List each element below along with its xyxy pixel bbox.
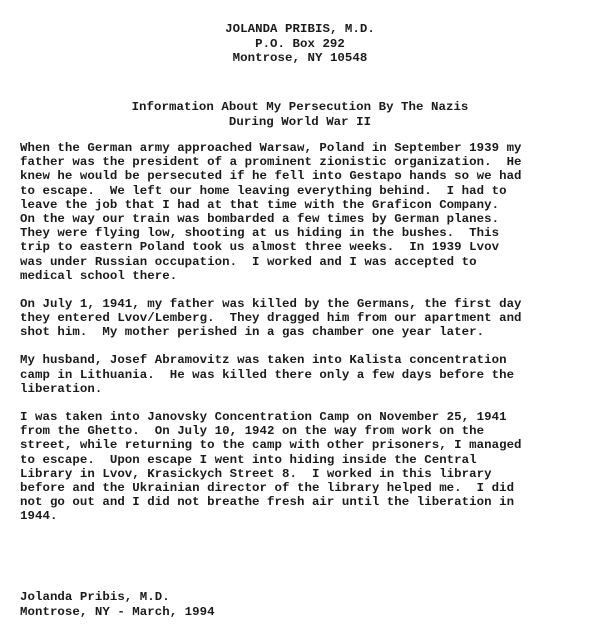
signature-place-date: Montrose, NY - March, 1994 xyxy=(20,605,215,620)
paragraph-line: shot him. My mother perished in a gas ch… xyxy=(20,325,595,339)
title-line2: During World War II xyxy=(0,115,600,130)
paragraph-line: trip to eastern Poland took us almost th… xyxy=(20,240,595,254)
letterhead: JOLANDA PRIBIS, M.D. P.O. Box 292 Montro… xyxy=(0,22,600,66)
paragraph: I was taken into Janovsky Concentration … xyxy=(20,410,595,524)
paragraph-line: They were flying low, shooting at us hid… xyxy=(20,226,595,240)
paragraph-line: knew he would be persecuted if he fell i… xyxy=(20,169,595,183)
paragraph-line: was under Russian occupation. I worked a… xyxy=(20,255,595,269)
paragraph-line: medical school there. xyxy=(20,269,595,283)
paragraph-line: they entered Lvov/Lemberg. They dragged … xyxy=(20,311,595,325)
paragraph-line: leave the job that I had at that time wi… xyxy=(20,198,595,212)
document-body: When the German army approached Warsaw, … xyxy=(20,141,595,538)
title-line1: Information About My Persecution By The … xyxy=(0,100,600,115)
paragraph-line: father was the president of a prominent … xyxy=(20,155,595,169)
document-page: JOLANDA PRIBIS, M.D. P.O. Box 292 Montro… xyxy=(0,0,600,641)
paragraph: My husband, Josef Abramovitz was taken i… xyxy=(20,353,595,396)
letterhead-address-line1: P.O. Box 292 xyxy=(0,37,600,52)
paragraph-line: liberation. xyxy=(20,382,595,396)
paragraph-line: I was taken into Janovsky Concentration … xyxy=(20,410,595,424)
paragraph-line: 1944. xyxy=(20,509,595,523)
signature-name: Jolanda Pribis, M.D. xyxy=(20,590,215,605)
paragraph-line: street, while returning to the camp with… xyxy=(20,438,595,452)
paragraph-line: camp in Lithuania. He was killed there o… xyxy=(20,368,595,382)
paragraph-line: Library in Lvov, Krasickych Street 8. I … xyxy=(20,467,595,481)
paragraph-line: before and the Ukrainian director of the… xyxy=(20,481,595,495)
paragraph-line: from the Ghetto. On July 10, 1942 on the… xyxy=(20,424,595,438)
paragraph-line: to escape. We left our home leaving ever… xyxy=(20,184,595,198)
paragraph: When the German army approached Warsaw, … xyxy=(20,141,595,283)
paragraph: On July 1, 1941, my father was killed by… xyxy=(20,297,595,340)
paragraph-line: to escape. Upon escape I went into hidin… xyxy=(20,453,595,467)
signature-block: Jolanda Pribis, M.D. Montrose, NY - Marc… xyxy=(20,590,215,619)
paragraph-line: On the way our train was bombarded a few… xyxy=(20,212,595,226)
document-title: Information About My Persecution By The … xyxy=(0,100,600,129)
paragraph-line: My husband, Josef Abramovitz was taken i… xyxy=(20,353,595,367)
paragraph-line: When the German army approached Warsaw, … xyxy=(20,141,595,155)
letterhead-address-line2: Montrose, NY 10548 xyxy=(0,51,600,66)
paragraph-line: not go out and I did not breathe fresh a… xyxy=(20,495,595,509)
letterhead-name: JOLANDA PRIBIS, M.D. xyxy=(0,22,600,37)
paragraph-line: On July 1, 1941, my father was killed by… xyxy=(20,297,595,311)
